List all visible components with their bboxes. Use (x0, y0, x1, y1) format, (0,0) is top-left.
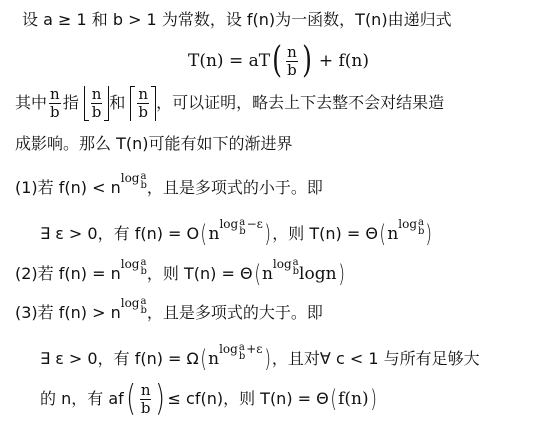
case3-line: (3)若 f(n) > n log a b ，且是多项式的大于。即 (15, 303, 323, 323)
floor-fraction: n b (91, 87, 103, 120)
log-text: log (219, 343, 238, 355)
text-qizhong: 其中 (15, 93, 47, 113)
base-n: n (209, 224, 220, 244)
log-base-b: b (140, 267, 146, 276)
log-base-stack: a b (140, 172, 146, 190)
exponent-log-b-a: log a b (121, 172, 147, 190)
log-text: log (121, 297, 140, 309)
case1-line: (1)若 f(n) < n log a b ，且是多项式的小于。即 (15, 178, 323, 198)
floor-left-bracket (84, 86, 89, 121)
intro-text: 设 a ≥ 1 和 b > 1 为常数，设 f(n)为一函数，T(n)由递归式 (22, 10, 452, 30)
log-text: log (121, 172, 140, 184)
case1-result: ，则 T(n) = Θ (272, 224, 378, 244)
log-base-stack: a b (293, 258, 299, 276)
text-zhi: 指 (63, 93, 79, 113)
case1-desc: ，且是多项式的小于。即 (147, 178, 323, 198)
ceil-left-bracket (130, 86, 135, 121)
case2-line: (2)若 f(n) = n log a b ，则 T(n) = Θ ( n lo… (15, 260, 346, 288)
paren-close: ) (156, 381, 166, 417)
paren-open: ( (201, 222, 208, 246)
fraction-numerator: n (49, 87, 61, 102)
log-base-b: b (293, 267, 299, 276)
floor-ceil-line: 其中 n b 指 n b 和 n b ，可以证明，略去上下去整不会对结果造 (15, 84, 444, 122)
fraction-numerator: n (137, 87, 149, 102)
epsilon-term: −ε (247, 218, 263, 230)
logn-term: logn (299, 264, 337, 284)
log-text: log (219, 218, 238, 230)
log-base-b: b (239, 352, 245, 361)
paren-close: ) (302, 43, 312, 79)
exponent-log-b-a: log a b (121, 297, 147, 315)
case2-result: ，则 T(n) = Θ (147, 264, 253, 284)
log-base-b: b (239, 227, 245, 236)
case1-formal-line: ∃ ε > 0，有 f(n) = O ( n log a b −ε ) ，则 T… (40, 220, 434, 248)
log-base-stack: a b (140, 258, 146, 276)
paren-close: ) (264, 222, 271, 246)
base-n: n (208, 349, 219, 369)
base-n: n (262, 264, 273, 284)
text-proof-note: ，可以证明，略去上下去整不会对结果造 (156, 93, 444, 113)
epsilon-term: +ε (246, 343, 262, 355)
fraction-n-over-b: n b (286, 45, 298, 78)
exponent-log-b-a: log a b (398, 218, 424, 236)
exponent-log-b-a-minus-eps: log a b −ε (219, 218, 262, 236)
paren-open: ( (330, 387, 337, 411)
case3-formal-line: ∃ ε > 0，有 f(n) = Ω ( n log a b +ε ) ，且对∀… (40, 345, 480, 373)
base-n: n (387, 224, 398, 244)
asymptotic-intro-line: 成影响。那么 T(n)可能有如下的渐进界 (15, 134, 293, 154)
fraction-denominator: b (286, 63, 298, 78)
case3-result-text: ≤ cf(n)，则 T(n) = Θ (168, 389, 329, 409)
paren-close: ) (370, 387, 377, 411)
theta-argument: f(n) (338, 389, 369, 409)
case3-result-prefix: 的 n，有 af (40, 389, 124, 409)
exponent-log-b-a-plus-eps: log a b +ε (219, 343, 262, 361)
case3-result-line: 的 n，有 af ( n b ) ≤ cf(n)，则 T(n) = Θ ( f(… (40, 380, 378, 418)
fraction-denominator: b (91, 105, 103, 120)
log-base-b: b (418, 227, 424, 236)
case3-desc: ，且是多项式的大于。即 (147, 303, 323, 323)
paren-close: ) (264, 347, 271, 371)
fraction-numerator: n (91, 87, 103, 102)
case3-condition: (3)若 f(n) > n (15, 303, 121, 323)
case1-condition: (1)若 f(n) < n (15, 178, 121, 198)
log-text: log (121, 258, 140, 270)
fraction-denominator: b (137, 105, 149, 120)
exponent-log-b-a: log a b (273, 258, 299, 276)
log-base-stack: a b (239, 343, 245, 361)
case3-formal-text: ∃ ε > 0，有 f(n) = Ω (40, 349, 199, 369)
exponent-log-b-a: log a b (121, 258, 147, 276)
paren-open: ( (200, 347, 207, 371)
formula-rhs: + f(n) (319, 51, 369, 71)
fraction-denominator: b (49, 105, 61, 120)
fraction-n-over-b: n b (140, 383, 152, 416)
log-base-stack: a b (140, 297, 146, 315)
log-base-b: b (140, 306, 146, 315)
case3-regularity: ，且对∀ c < 1 与所有足够大 (272, 349, 480, 369)
case1-formal-text: ∃ ε > 0，有 f(n) = O (40, 224, 199, 244)
text-he: 和 (109, 93, 125, 113)
log-base-b: b (140, 181, 146, 190)
fraction-numerator: n (140, 383, 152, 398)
paren-open: ( (126, 381, 136, 417)
paren-open: ( (272, 43, 282, 79)
log-text: log (398, 218, 417, 230)
paren-open: ( (254, 262, 261, 286)
fraction-numerator: n (286, 45, 298, 60)
paren-close: ) (338, 262, 345, 286)
recurrence-formula: T(n) = aT ( n b ) + f(n) (188, 42, 369, 80)
intro-line: 设 a ≥ 1 和 b > 1 为常数，设 f(n)为一函数，T(n)由递归式 (22, 10, 452, 30)
fraction-n-over-b: n b (49, 87, 61, 120)
log-base-stack: a b (239, 218, 245, 236)
fraction-denominator: b (140, 401, 152, 416)
case2-condition: (2)若 f(n) = n (15, 264, 121, 284)
asymptotic-intro-text: 成影响。那么 T(n)可能有如下的渐进界 (15, 134, 293, 154)
formula-lhs: T(n) = aT (188, 51, 270, 71)
log-base-stack: a b (418, 218, 424, 236)
log-text: log (273, 258, 292, 270)
paren-open: ( (379, 222, 386, 246)
ceil-fraction: n b (137, 87, 149, 120)
paren-close: ) (426, 222, 433, 246)
